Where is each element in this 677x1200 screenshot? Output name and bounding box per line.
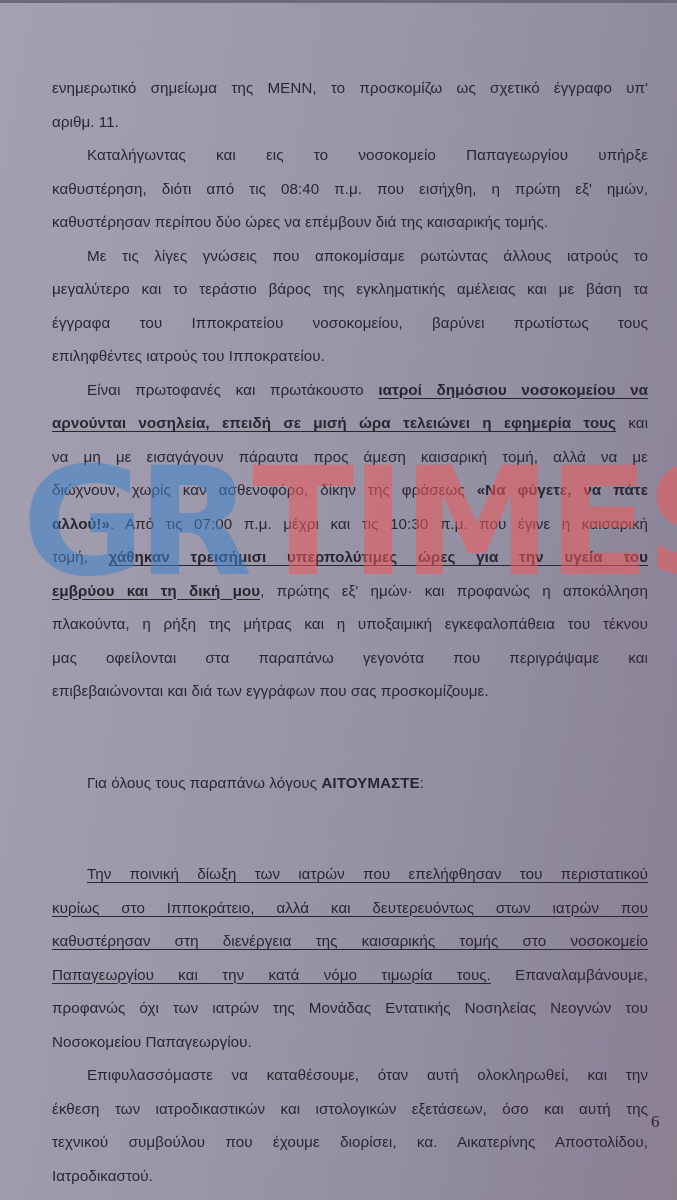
text-line: μεγαλύτερο και το τεράστιο βάρος της εγκ… xyxy=(52,273,648,307)
text-line: τομή, χάθηκαν τρεισήμισι υπερπολύτιμες ώ… xyxy=(52,541,648,575)
text-run: Για όλους τους παραπάνω λόγους xyxy=(87,775,321,792)
paragraph-prosecution-request: Την ποινική δίωξη των ιατρών που επελήφθ… xyxy=(52,858,648,1059)
text-line: Την ποινική δίωξη των ιατρών που επελήφθ… xyxy=(52,858,648,892)
underlined-text: κυρίως στο Ιπποκράτειο, αλλά και δευτερε… xyxy=(52,900,648,917)
underlined-text: καθυστέρησαν στη διενέργεια της καισαρικ… xyxy=(52,933,648,950)
text-line: τεχνικού συμβούλου που έχουμε διορίσει, … xyxy=(52,1126,648,1160)
text-line: μας οφείλονται στα παραπάνω γεγονότα που… xyxy=(52,642,648,676)
request-heading: Για όλους τους παραπάνω λόγους ΑΙΤΟΥΜΑΣΤ… xyxy=(52,767,648,801)
text-line: διώχνουν, χωρίς καν ασθενοφόρο, δίκην τη… xyxy=(52,474,648,508)
text-line: Επιφυλασσόμαστε να καταθέσουμε, όταν αυτ… xyxy=(52,1059,648,1093)
spacer xyxy=(52,709,648,767)
underlined-text: Την ποινική δίωξη των ιατρών που επελήφθ… xyxy=(87,866,648,883)
text-line: αλλού!». Από τις 07:00 π.μ. μέχρι και τι… xyxy=(52,508,648,542)
text-line: Παπαγεωργίου και την κατά νόμο τιμωρία τ… xyxy=(52,959,648,993)
text-run: , πρώτης εξ' ημών· και προφανώς η αποκόλ… xyxy=(260,583,648,600)
text-run: τομή, xyxy=(52,549,109,566)
text-line: Ιατροδικαστού. xyxy=(52,1160,648,1194)
spacer xyxy=(52,800,648,858)
request-keyword: ΑΙΤΟΥΜΑΣΤΕ xyxy=(321,775,419,792)
text-line: εμβρύου και τη δική μου, πρώτης εξ' ημών… xyxy=(52,575,648,609)
text-line: επιβεβαιώνονται και διά των εγγράφων που… xyxy=(52,675,648,709)
quoted-phrase: «Να φύγετε, να πάτε xyxy=(477,482,648,499)
text-line: κυρίως στο Ιπποκράτειο, αλλά και δευτερε… xyxy=(52,892,648,926)
text-line: προφανώς όχι των ιατρών της Μονάδας Εντα… xyxy=(52,992,648,1026)
text-line: Καταλήγωντας και εις το νοσοκομείο Παπαγ… xyxy=(52,139,648,173)
text-run: . Από τις 07:00 π.μ. μέχρι και τις 10:30… xyxy=(110,516,648,533)
text-line: Νοσοκομείου Παπαγεωργίου. xyxy=(52,1026,648,1060)
text-run: : xyxy=(420,775,424,792)
text-line: πλακούντα, η ρήξη της μήτρας και η υποξα… xyxy=(52,608,648,642)
document-page: ενημερωτικό σημείωμα της ΜΕΝΝ, το προσκο… xyxy=(52,72,648,1193)
text-line: καθυστέρησαν στη διενέργεια της καισαρικ… xyxy=(52,925,648,959)
text-run: διώχνουν, χωρίς καν ασθενοφόρο, δίκην τη… xyxy=(52,482,477,499)
photo-top-edge xyxy=(0,0,677,3)
paragraph-menn-note: ενημερωτικό σημείωμα της ΜΕΝΝ, το προσκο… xyxy=(52,72,648,139)
paragraph-reservation: Επιφυλασσόμαστε να καταθέσουμε, όταν αυτ… xyxy=(52,1059,648,1193)
text-line: ενημερωτικό σημείωμα της ΜΕΝΝ, το προσκο… xyxy=(52,72,648,106)
text-line: Με τις λίγες γνώσεις που αποκομίσαμε ρωτ… xyxy=(52,240,648,274)
emphasized-text: εμβρύου και τη δική μου xyxy=(52,583,260,600)
text-line: Για όλους τους παραπάνω λόγους ΑΙΤΟΥΜΑΣΤ… xyxy=(52,767,648,801)
text-line: αριθμ. 11. xyxy=(52,106,648,140)
text-line: έκθεση των ιατροδικαστικών και ιστολογικ… xyxy=(52,1093,648,1127)
emphasized-text: ιατροί δημόσιου νοσοκομείου να xyxy=(378,382,648,399)
text-line: να μη με εισαγάγουν πάραυτα προς άμεση κ… xyxy=(52,441,648,475)
text-run: Επαναλαμβάνουμε, xyxy=(491,967,648,984)
text-run: Είναι πρωτοφανές και πρωτάκουστο xyxy=(87,382,378,399)
underlined-text: Παπαγεωργίου και την κατά νόμο τιμωρία τ… xyxy=(52,967,491,984)
emphasized-text: χάθηκαν τρεισήμισι υπερπολύτιμες ώρες γι… xyxy=(109,549,648,566)
text-line: αρνούνται νοσηλεία, επειδή σε μισή ώρα τ… xyxy=(52,407,648,441)
paragraph-refusal-of-care: Είναι πρωτοφανές και πρωτάκουστο ιατροί … xyxy=(52,374,648,709)
text-line: καθυστέρησαν περίπου δύο ώρες να επέμβου… xyxy=(52,206,648,240)
text-line: Είναι πρωτοφανές και πρωτάκουστο ιατροί … xyxy=(52,374,648,408)
emphasized-text: αρνούνται νοσηλεία, επειδή σε μισή ώρα τ… xyxy=(52,415,616,432)
text-line: επιληφθέντες ιατρούς του Ιπποκρατείου. xyxy=(52,340,648,374)
text-line: καθυστέρηση, διότι από τις 08:40 π.μ. πο… xyxy=(52,173,648,207)
page-number: 6 xyxy=(651,1112,660,1132)
paragraph-papageorgiou-delay: Καταλήγωντας και εις το νοσοκομείο Παπαγ… xyxy=(52,139,648,240)
quoted-phrase: αλλού!» xyxy=(52,516,110,533)
text-line: έγγραφα του Ιπποκρατείου νοσοκομείου, βα… xyxy=(52,307,648,341)
text-run: και xyxy=(616,415,648,432)
paragraph-hippokrateio-negligence: Με τις λίγες γνώσεις που αποκομίσαμε ρωτ… xyxy=(52,240,648,374)
